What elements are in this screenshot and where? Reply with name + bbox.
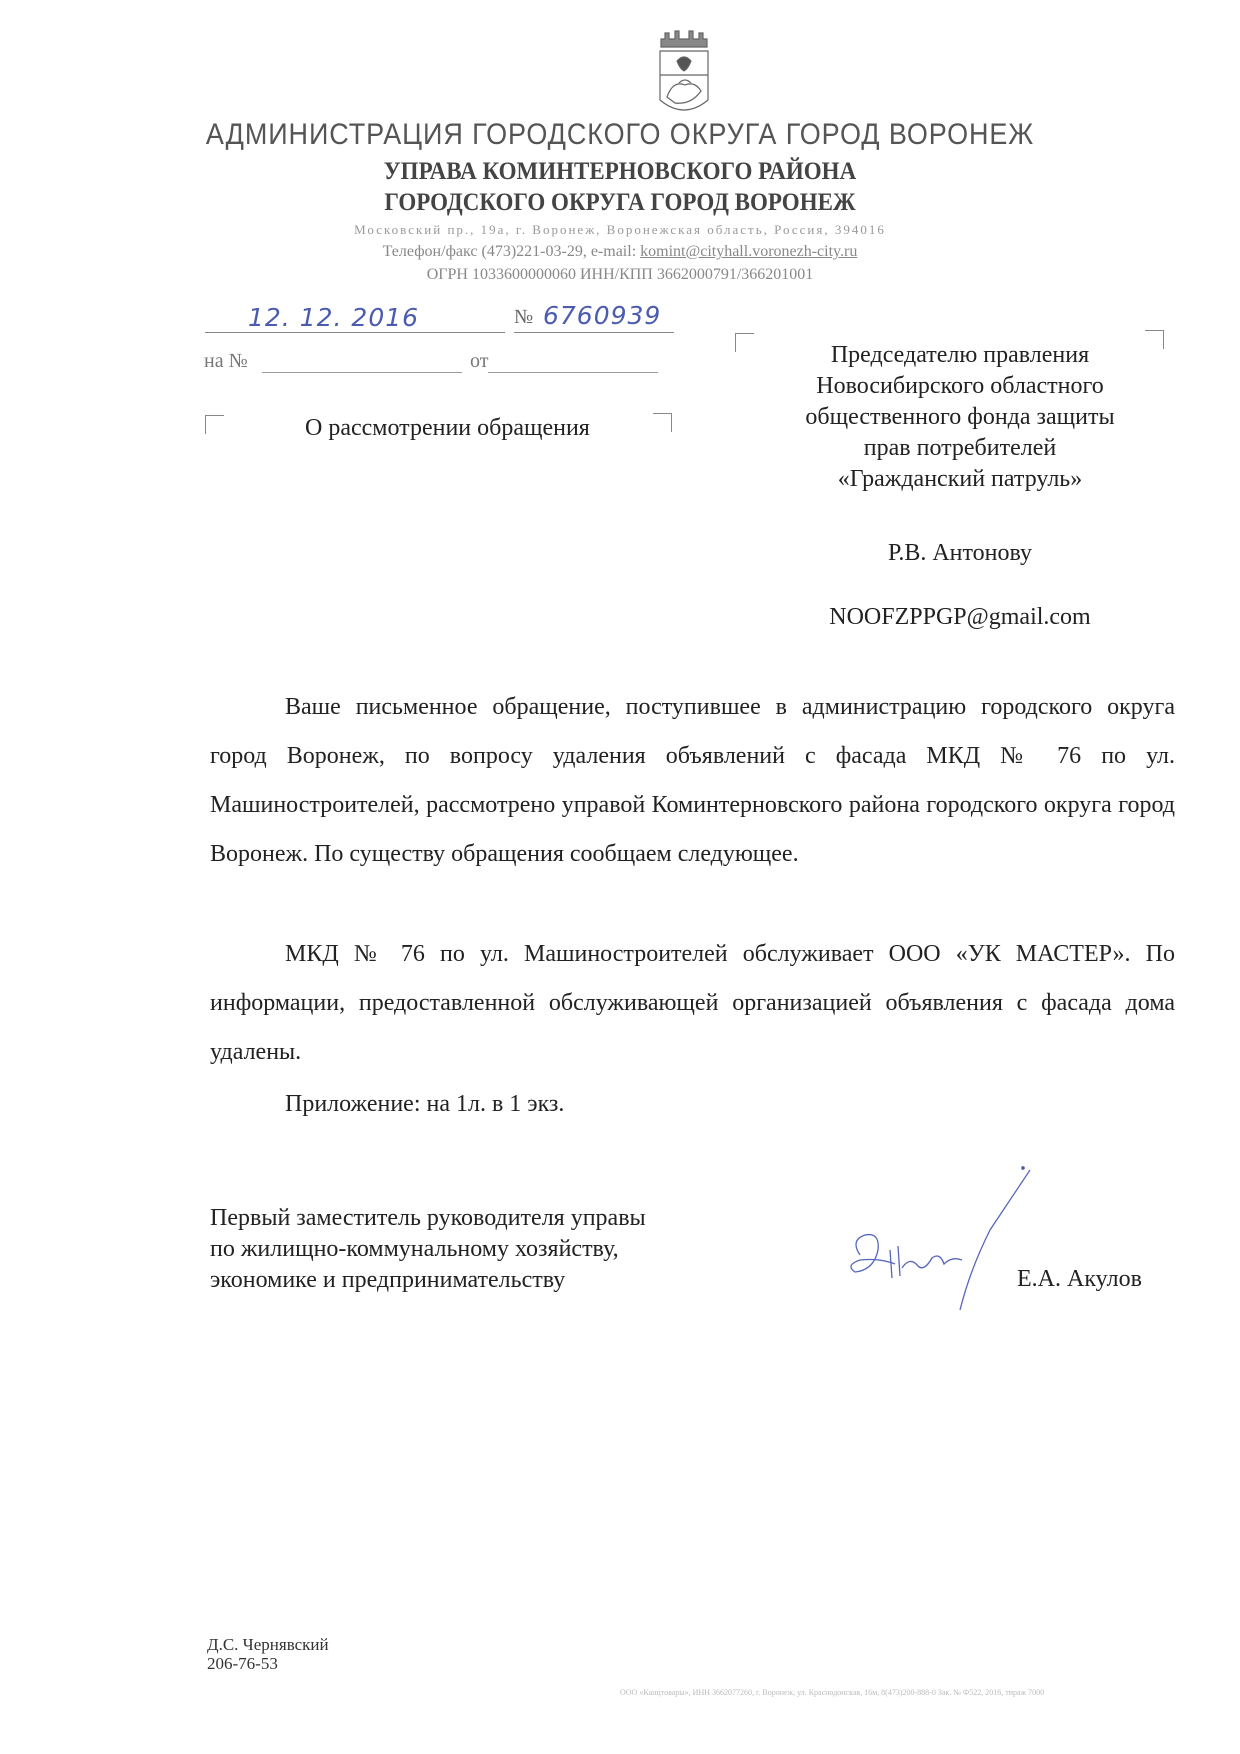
letterhead-contacts: Телефон/факс (473)221-03-29, e-mail: kom…	[0, 243, 1240, 261]
recipient-email: NOOFZPPGP@gmail.com	[740, 604, 1180, 631]
subject-line: О рассмотрении обращения	[305, 415, 590, 442]
reply-to-field	[262, 372, 462, 373]
subject-corner-right	[653, 413, 672, 432]
printer-imprint: ООО «Канцтовары», ИНН 3662077260, г. Вор…	[620, 1688, 1044, 1697]
outgoing-number-label: №	[514, 306, 533, 329]
signatory-title-line: Первый заместитель руководителя управы	[210, 1203, 646, 1234]
reply-from-field	[488, 372, 658, 373]
signatory-title-line: экономике и предпринимательству	[210, 1265, 646, 1296]
number-underline	[514, 332, 674, 333]
addressee-line: общественного фонда защиты	[740, 402, 1180, 433]
body-paragraph-2: МКД № 76 по ул. Машиностроителей обслужи…	[210, 930, 1175, 1077]
recipient-name: Р.В. Антонову	[740, 540, 1180, 567]
attachment-note: Приложение: на 1л. в 1 экз.	[210, 1080, 1175, 1129]
letterhead-address: Московский пр., 19а, г. Воронеж, Воронеж…	[0, 222, 1240, 238]
signatory-name: Е.А. Акулов	[1017, 1266, 1142, 1293]
executor-block: Д.С. Чернявский 206-76-53	[207, 1635, 329, 1673]
handwritten-signature-icon	[840, 1160, 1040, 1320]
body-paragraph-1: Ваше письменное обращение, поступившее в…	[210, 683, 1175, 879]
signatory-title: Первый заместитель руководителя управы п…	[210, 1203, 646, 1296]
letterhead-district-office: УПРАВА КОМИНТЕРНОВСКОГО РАЙОНА	[50, 158, 1191, 186]
subject-corner-left	[205, 415, 224, 434]
reply-from-label: от	[470, 350, 488, 373]
addressee-line: Председателю правления	[740, 340, 1180, 371]
reply-to-label: на №	[204, 350, 248, 373]
addressee-block: Председателю правления Новосибирского об…	[740, 340, 1180, 495]
coat-of-arms-icon	[655, 25, 713, 120]
executor-name: Д.С. Чернявский	[207, 1635, 329, 1654]
letterhead-administration: АДМИНИСТРАЦИЯ ГОРОДСКОГО ОКРУГА ГОРОД ВО…	[62, 118, 1178, 152]
paragraph-text: Ваше письменное обращение, поступившее в…	[210, 683, 1175, 879]
paragraph-text: Приложение: на 1л. в 1 экз.	[210, 1080, 1175, 1129]
phone-fax: Телефон/факс (473)221-03-29, e-mail:	[383, 243, 641, 260]
email-link[interactable]: komint@cityhall.voronezh-city.ru	[640, 243, 857, 260]
outgoing-number: 6760939	[543, 301, 661, 330]
letterhead-city-district: ГОРОДСКОГО ОКРУГА ГОРОД ВОРОНЕЖ	[50, 189, 1191, 217]
paragraph-text: МКД № 76 по ул. Машиностроителей обслужи…	[210, 930, 1175, 1077]
addressee-line: «Гражданский патруль»	[740, 464, 1180, 495]
addressee-line: прав потребителей	[740, 433, 1180, 464]
executor-phone: 206-76-53	[207, 1654, 329, 1673]
letterhead-ogrn: ОГРН 1033600000060 ИНН/КПП 3662000791/36…	[0, 266, 1240, 284]
addressee-line: Новосибирского областного	[740, 371, 1180, 402]
signatory-title-line: по жилищно-коммунальному хозяйству,	[210, 1234, 646, 1265]
outgoing-date: 12. 12. 2016	[248, 303, 419, 332]
